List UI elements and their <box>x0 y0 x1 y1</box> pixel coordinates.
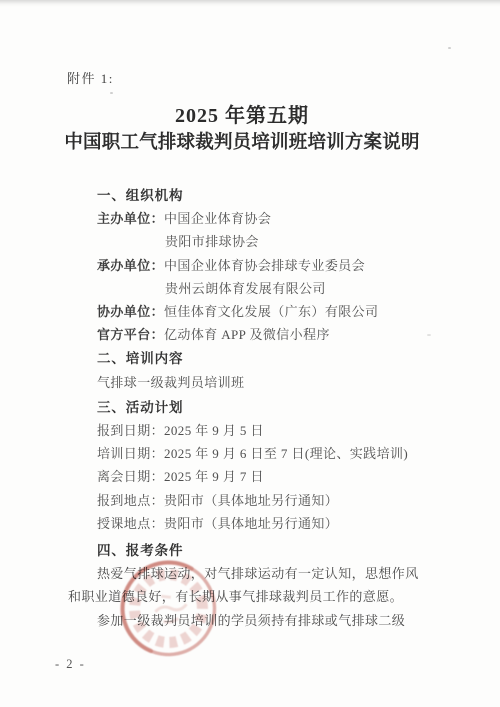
page-number: - 2 - <box>55 657 86 672</box>
scan-speck <box>448 47 451 49</box>
attachment-label: 附件 1: <box>67 68 114 87</box>
plan-checkin-date: 报到日期：2025 年 9 月 5 日 <box>97 419 433 442</box>
scan-edge-artifact <box>0 0 500 7</box>
entry-label: 承办单位： <box>97 258 164 273</box>
section-heading-requirements: 四、报考条件 <box>97 539 433 562</box>
entry-label: 主办单位： <box>97 211 164 226</box>
section-heading-training-content: 二、培训内容 <box>97 347 433 370</box>
section-heading-activity-plan: 三、活动计划 <box>97 396 433 419</box>
training-content-line: 气排球一级裁判员培训班 <box>97 371 433 394</box>
entry-value: 中国企业体育协会 <box>164 211 271 226</box>
plan-training-date: 培训日期：2025 年 9 月 6 日至 7 日(理论、实践培训) <box>97 442 433 465</box>
plan-lecture-location: 授课地点：贵阳市（具体地址另行通知） <box>97 512 433 535</box>
scanned-document-page: 附件 1: 2025 年第五期 中国职工气排球裁判员培训班培训方案说明 一、组织… <box>0 0 500 707</box>
title-line-2: 中国职工气排球裁判员培训班培训方案说明 <box>0 130 484 156</box>
entry-value: 恒佳体育文化发展（广东）有限公司 <box>164 304 378 319</box>
entry-host-unit-cont: 贵阳市排球协会 <box>165 230 433 253</box>
plan-departure-date: 离会日期：2025 年 9 月 7 日 <box>97 465 433 488</box>
document-title: 2025 年第五期 中国职工气排球裁判员培训班培训方案说明 <box>0 103 484 156</box>
requirements-line-3: 参加一级裁判员培训的学员须持有排球或气排球二级 <box>97 609 433 632</box>
section-heading-organization: 一、组织机构 <box>97 184 433 207</box>
document-body: 一、组织机构 主办单位：中国企业体育协会 贵阳市排球协会 承办单位：中国企业体育… <box>68 184 433 632</box>
entry-label: 协办单位： <box>97 304 164 319</box>
entry-label: 官方平台： <box>97 327 164 342</box>
entry-organizer-unit-cont: 贵州云朗体育发展有限公司 <box>165 277 433 300</box>
entry-value: 亿动体育 APP 及微信小程序 <box>164 327 330 342</box>
plan-checkin-location: 报到地点：贵阳市（具体地址另行通知） <box>97 489 433 512</box>
entry-value: 中国企业体育协会排球专业委员会 <box>164 258 365 273</box>
entry-organizer-unit: 承办单位：中国企业体育协会排球专业委员会 <box>97 254 433 277</box>
requirements-line-2: 和职业道德良好，有长期从事气排球裁判员工作的意愿。 <box>68 585 433 608</box>
entry-host-unit: 主办单位：中国企业体育协会 <box>97 207 433 230</box>
title-line-1: 2025 年第五期 <box>0 103 484 130</box>
scan-speck <box>110 92 113 94</box>
entry-official-platform: 官方平台：亿动体育 APP 及微信小程序 <box>97 323 433 346</box>
requirements-line-1: 热爱气排球运动，对气排球运动有一定认知，思想作风 <box>97 562 433 585</box>
entry-co-organizer-unit: 协办单位：恒佳体育文化发展（广东）有限公司 <box>97 300 433 323</box>
